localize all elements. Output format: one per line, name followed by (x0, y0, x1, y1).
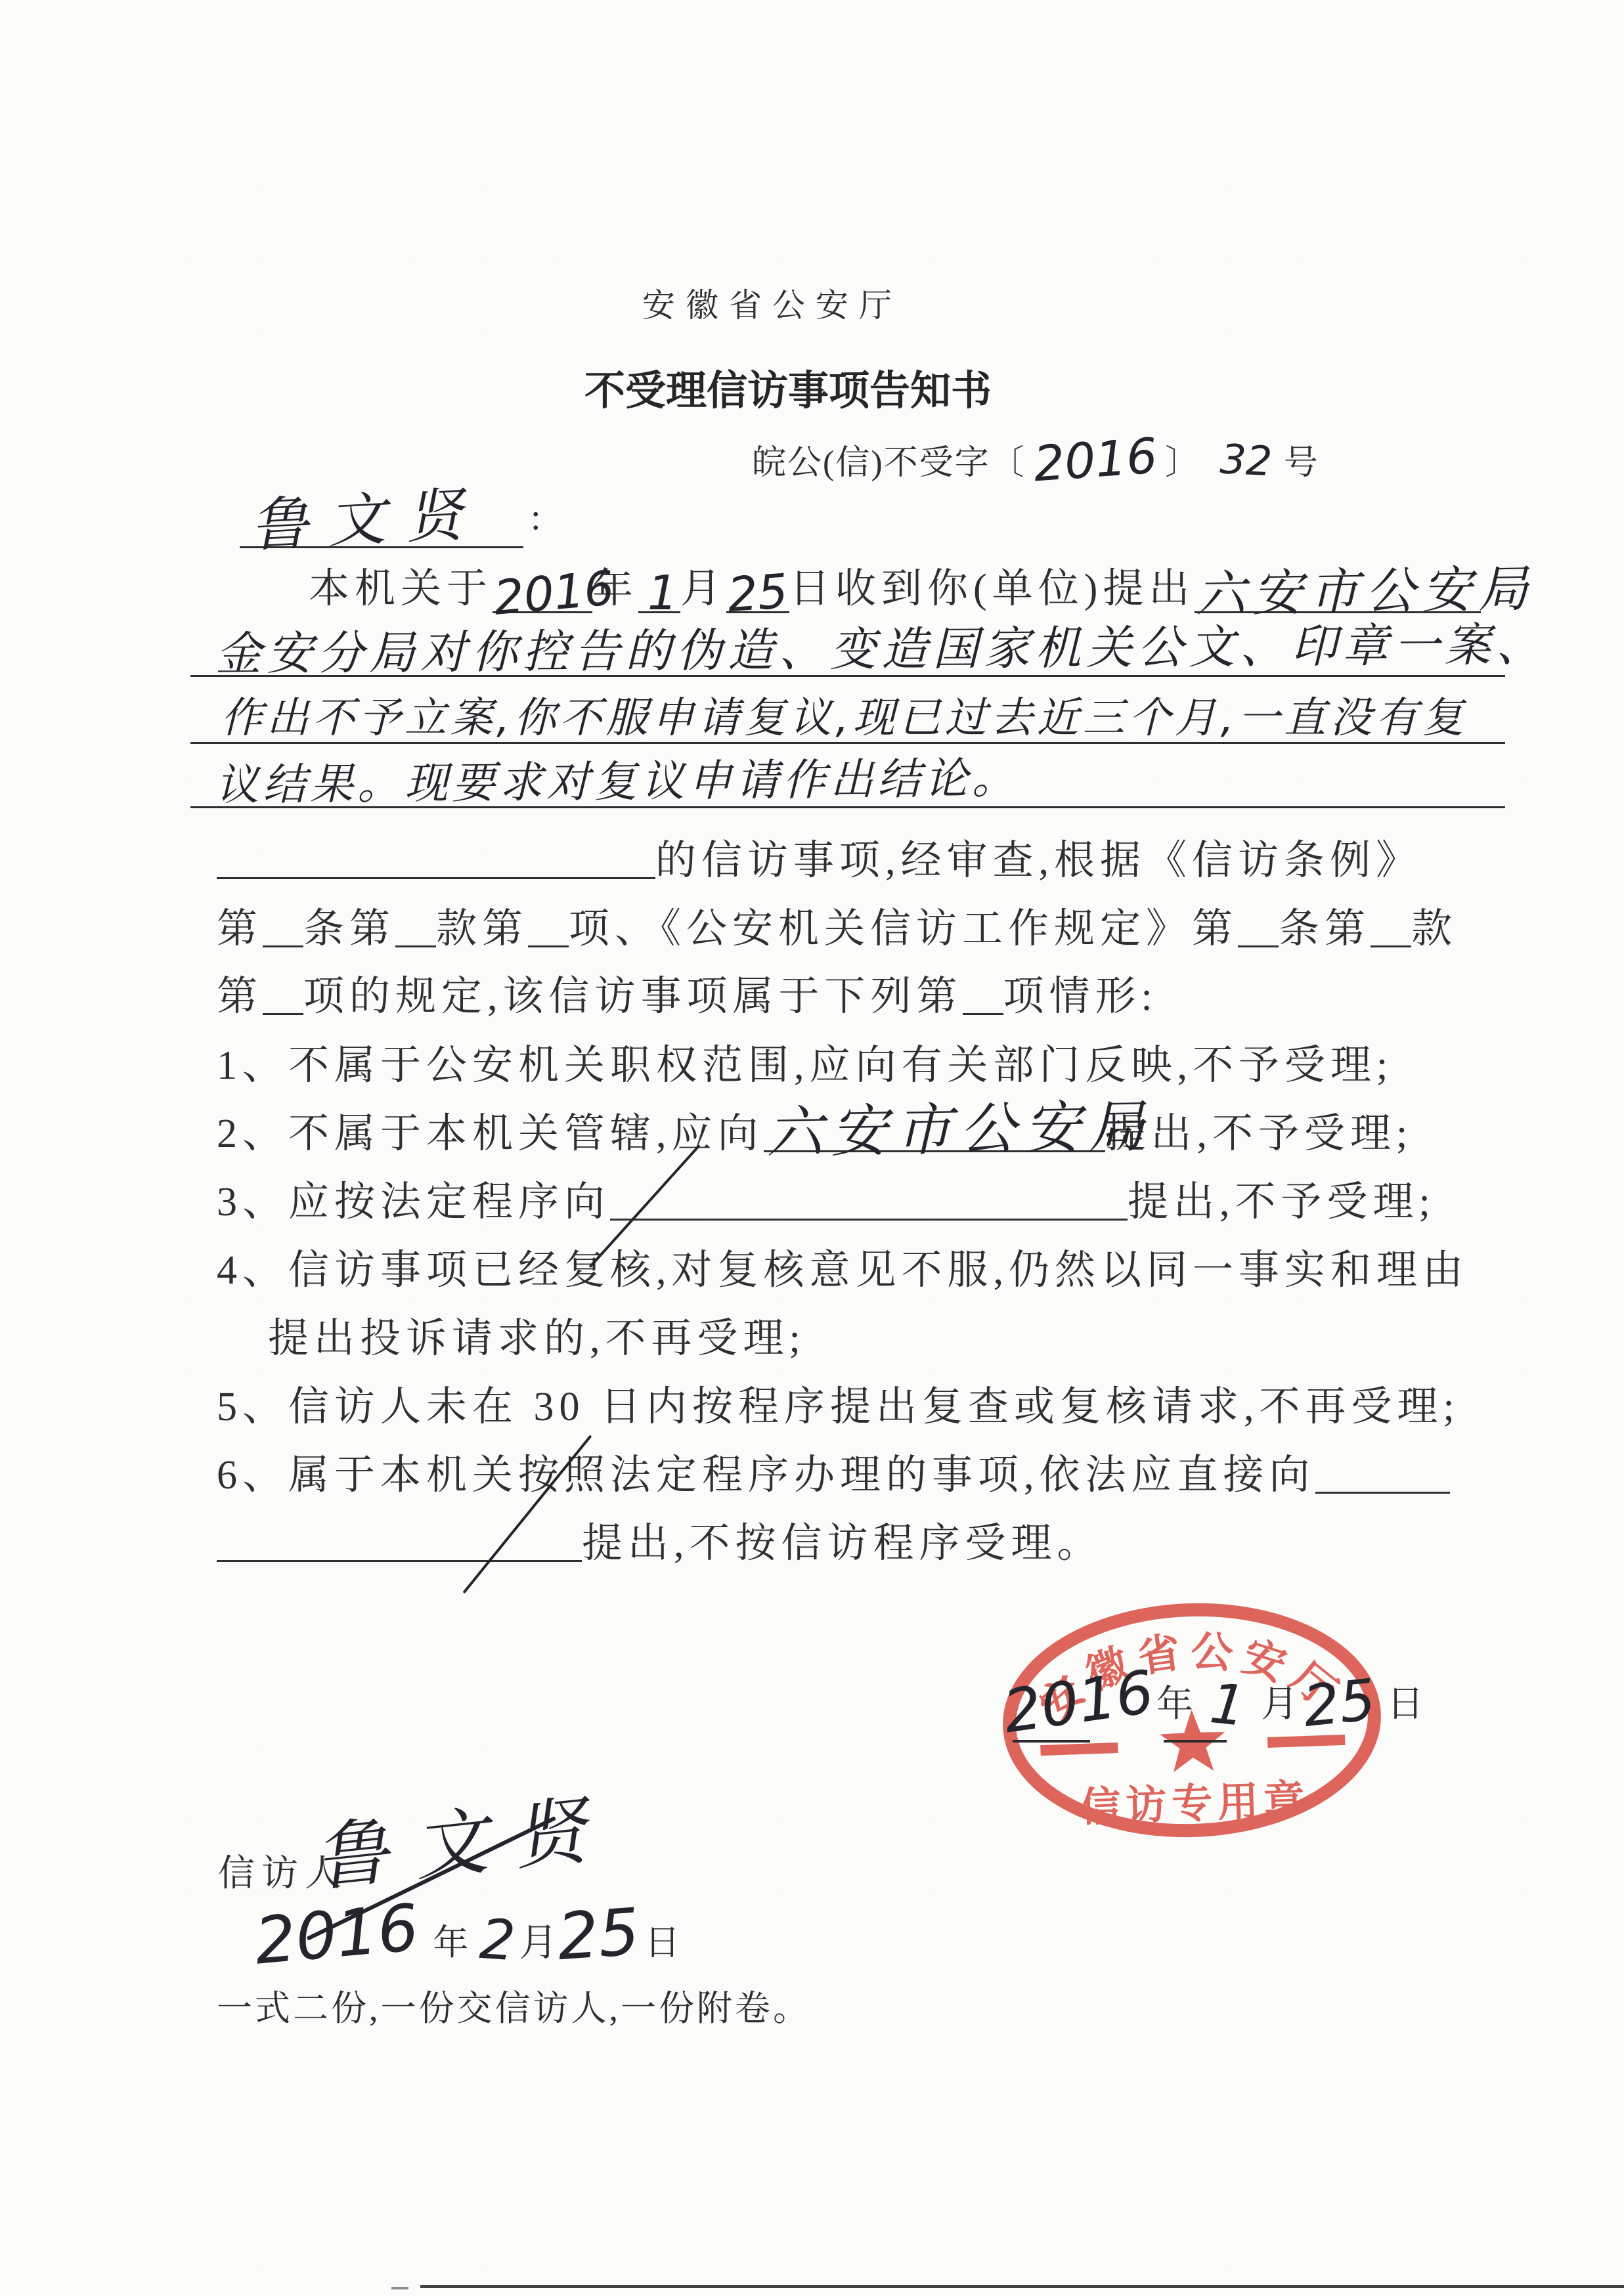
clause-5: 5、信访人未在 30 日内按程序提出复查或复核请求,不再受理; (217, 1387, 1460, 1427)
law2-seg4: 项、《公安机关信访工作规定》第 (569, 907, 1238, 951)
document-number-line: 皖公(信)不受字〔 2016 〕 32 号 (752, 436, 1318, 485)
stamp-day-handwritten: 25 (1295, 1672, 1378, 1736)
review-basis-line-3: 第项的规定,该信访事项属于下列第项情形: (217, 976, 1158, 1017)
clause-4-line-2: 提出投诉请求的,不再受理; (268, 1318, 806, 1359)
clause-2: 2、不属于本机关管辖,应向六安市公安局提出,不予受理; (217, 1114, 1413, 1154)
intro-line: 本机关于 2016 年 1 月 25 日收到你(单位)提出 六安市公安局 (309, 557, 1481, 613)
clause-blank (395, 911, 436, 947)
signing-date-line: 2016 年 2 月 25 日 (255, 1903, 680, 1967)
received-year-field: 2016 (493, 556, 592, 613)
docno-serial-handwritten: 32 (1200, 438, 1282, 483)
clause-1: 1、不属于公安机关职权范围,应向有关部门反映,不予受理; (217, 1045, 1393, 1086)
authority-handwritten: 六安市公安局 (766, 1098, 1152, 1161)
signing-year-handwritten: 2016 (252, 1895, 421, 1974)
intro-seg2: 日收到你(单位)提出 (789, 569, 1195, 613)
stamp-unit-year: 年 (1154, 1686, 1193, 1732)
review-basis-line-1: 的信访事项,经审查,根据《信访条例》 (217, 840, 1422, 881)
stamp-month-handwritten: 1 (1191, 1674, 1258, 1735)
scan-edge-artifact (391, 2287, 408, 2289)
clause-3: 3、应按法定程序向提出,不予受理; (217, 1182, 1436, 1223)
clause-4-line-1: 4、信访事项已经复核,对复核意见不服,仍然以同一事实和理由 (217, 1250, 1468, 1291)
addressee-colon: : (531, 499, 541, 536)
law2-seg6: 款 (1411, 907, 1457, 951)
signing-month-handwritten: 2 (467, 1911, 517, 1969)
article-blank (263, 911, 303, 947)
document-title: 不受理信访事项告知书 (584, 358, 992, 416)
subject-fill-field: 六安市公安局 (1195, 556, 1481, 613)
subject-blank (217, 843, 655, 879)
clause-text: 提出,不按信访程序受理。 (582, 1521, 1103, 1566)
law3-seg1: 第 (217, 974, 263, 1019)
seal-left-bar (1040, 1743, 1118, 1756)
signing-unit-day: 日 (640, 1925, 680, 1967)
agency-name: 安徽省公安厅 (642, 289, 902, 322)
seal-bottom-text: 信访专用章 (1079, 1777, 1310, 1830)
item-blank (263, 979, 303, 1015)
clause-blank (1371, 911, 1411, 947)
handwritten-line-field: 金安分局对你控告的伪造、变造国家机关公文、印章一案、 (190, 616, 1505, 677)
received-day-field: 25 (726, 556, 789, 613)
law2-seg2: 条第 (303, 907, 395, 951)
law2-seg5: 条第 (1279, 907, 1371, 951)
received-month-field: 1 (638, 556, 680, 613)
complaint-line-4-handwritten: 议结果。现要求对复议申请作出结论。 (215, 757, 1020, 808)
handwritten-line-field: 议结果。现要求对复议申请作出结论。 (190, 747, 1505, 808)
scan-edge-artifact (420, 2285, 1624, 2288)
signing-unit-month: 月 (516, 1924, 558, 1967)
addressee-name-handwritten: 鲁文贤 (249, 485, 484, 555)
complaint-line-3-handwritten: 作出不予立案,你不服申请复议,现已过去近三个月,一直没有复 (221, 697, 1468, 739)
clause-number: 2、 (217, 1112, 288, 1156)
procedure-authority-blank (610, 1184, 1128, 1221)
stamp-date-underline (1164, 1740, 1227, 1743)
clause-text: 提出投诉请求的,不再受理; (268, 1316, 806, 1361)
signing-day-handwritten: 25 (556, 1900, 642, 1970)
clause-text: 不属于公安机关职权范围,应向有关部门反映,不予受理; (288, 1043, 1393, 1088)
clause-6-line-1: 6、属于本机关按照法定程序办理的事项,依法应直接向 (217, 1455, 1450, 1496)
law2-seg3: 款第 (436, 907, 528, 951)
docno-suffix: 号 (1284, 444, 1318, 482)
clause-text: 应按法定程序向 (288, 1180, 610, 1224)
situation-blank (963, 979, 1003, 1015)
stamp-date-line: 2016 年 1 月 25 日 (1003, 1673, 1424, 1732)
intro-seg1: 本机关于 (309, 569, 493, 613)
clause-number: 4、 (217, 1248, 288, 1293)
signing-unit-year: 年 (418, 1925, 468, 1967)
received-month-handwritten: 1 (647, 569, 678, 617)
clause-6-line-2: 提出,不按信访程序受理。 (217, 1523, 1103, 1564)
item-blank (528, 911, 569, 947)
law3-seg2: 项的规定,该信访事项属于下列第 (303, 974, 963, 1019)
addressee-field: 鲁文贤 (240, 481, 523, 548)
authority-fill-field: 六安市公安局 (764, 1116, 1105, 1152)
docno-bracket-close: 〕 (1165, 444, 1199, 482)
direct-authority-blank (217, 1526, 582, 1562)
clause-text: 提出,不予受理; (1128, 1180, 1436, 1224)
scanned-document-page: 安徽省公安厅 不受理信访事项告知书 皖公(信)不受字〔 2016 〕 32 号 … (0, 0, 1624, 2296)
complaint-line-2-handwritten: 金安分局对你控告的伪造、变造国家机关公文、印章一案、 (215, 622, 1547, 677)
article-blank (1238, 911, 1279, 947)
clause-text: 不属于本机关管辖,应向 (288, 1112, 764, 1156)
stamp-unit-day: 日 (1375, 1686, 1424, 1732)
docno-year-handwritten: 2016 (1026, 431, 1164, 489)
law3-seg3: 项情形: (1003, 974, 1158, 1019)
clause-number: 3、 (217, 1180, 288, 1224)
unit-month: 月 (680, 569, 726, 613)
clause-text: 信访人未在 30 日内按程序提出复查或复核请求,不再受理; (288, 1385, 1460, 1429)
clause-text: 属于本机关按照法定程序办理的事项,依法应直接向 (288, 1453, 1315, 1498)
distribution-note: 一式二份,一份交信访人,一份附卷。 (217, 1991, 811, 2026)
received-year-handwritten: 2016 (492, 564, 616, 622)
clause-number: 5、 (217, 1385, 288, 1429)
stamp-year-handwritten: 2016 (1000, 1662, 1157, 1742)
received-day-handwritten: 25 (726, 567, 789, 618)
law2-seg1: 第 (217, 907, 263, 951)
clause-number: 1、 (217, 1043, 288, 1088)
subject-handwritten: 六安市公安局 (1196, 564, 1535, 620)
review-basis-line-2: 第条第款第项、《公安机关信访工作规定》第条第款 (217, 909, 1457, 949)
clause-number: 6、 (217, 1453, 288, 1498)
docno-prefix: 皖公(信)不受字〔 (752, 444, 1026, 482)
direct-authority-blank (1315, 1458, 1450, 1494)
after-blank-text: 的信访事项,经审查,根据《信访条例》 (655, 838, 1422, 883)
stamp-unit-month: 月 (1255, 1686, 1298, 1732)
petitioner-signature-handwritten: 鲁文贤 (311, 1791, 616, 1895)
handwritten-line-field: 作出不予立案,你不服申请复议,现已过去近三个月,一直没有复 (190, 683, 1505, 744)
clause-text: 信访事项已经复核,对复核意见不服,仍然以同一事实和理由 (288, 1248, 1468, 1293)
